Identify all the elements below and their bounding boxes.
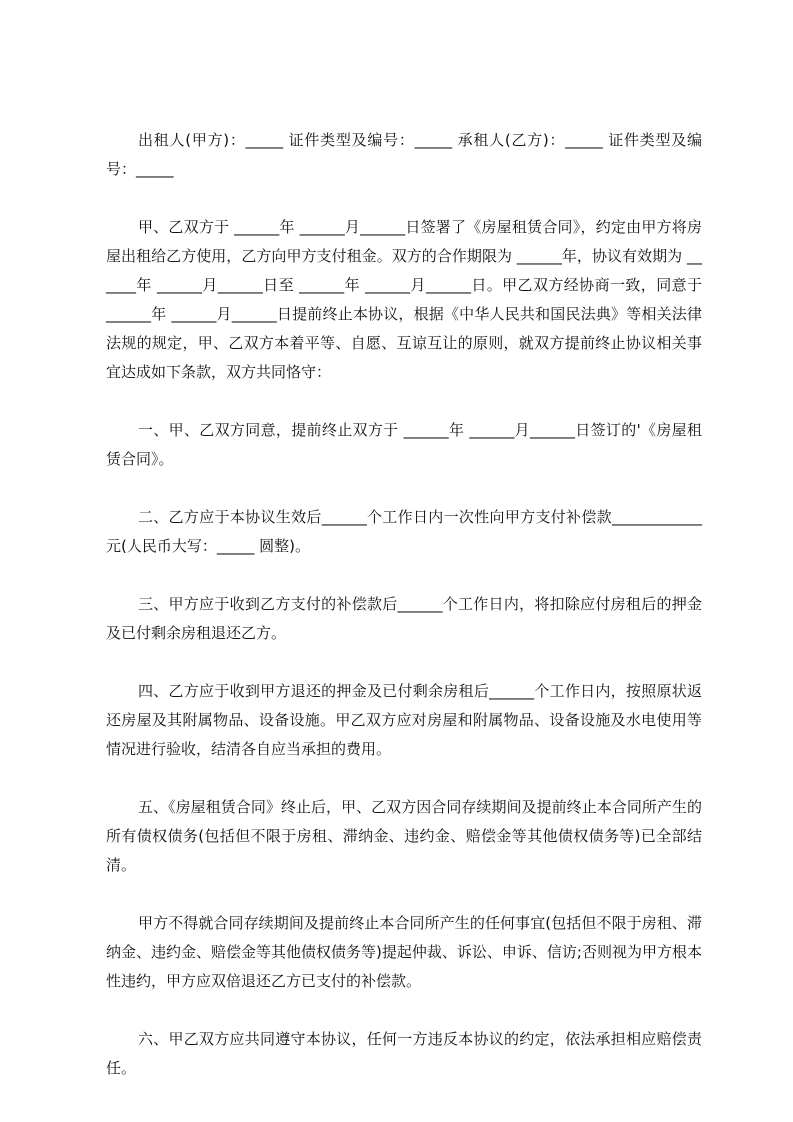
preamble-paragraph: 甲、乙双方于 ______年 ______月______日签署了《房屋租赁合同》…	[106, 213, 702, 387]
clause-1: 一、甲、乙双方同意，提前终止双方于 ______年 ______月______日…	[106, 416, 702, 474]
clause-5: 五、《房屋租赁合同》终止后，甲、乙双方因合同存续期间及提前终止本合同所产生的所有…	[106, 793, 702, 880]
clause-6: 六、甲乙双方应共同遵守本协议，任何一方违反本协议的约定，依法承担相应赔偿责任。	[106, 1025, 702, 1083]
clause-2: 二、乙方应于本协议生效后______个工作日内一次性向甲方支付补偿款______…	[106, 503, 702, 561]
clause-5-supplement: 甲方不得就合同存续期间及提前终止本合同所产生的任何事宜(包括但不限于房租、滞纳金…	[106, 909, 702, 996]
parties-paragraph: 出租人(甲方)：_____ 证件类型及编号：_____ 承租人(乙方)：____…	[106, 126, 702, 184]
clause-4: 四、乙方应于收到甲方退还的押金及已付剩余房租后______个工作日内，按照原状返…	[106, 677, 702, 764]
clause-3: 三、甲方应于收到乙方支付的补偿款后______个工作日内，将扣除应付房租后的押金…	[106, 590, 702, 648]
document-page: 出租人(甲方)：_____ 证件类型及编号：_____ 承租人(乙方)：____…	[106, 126, 702, 1112]
